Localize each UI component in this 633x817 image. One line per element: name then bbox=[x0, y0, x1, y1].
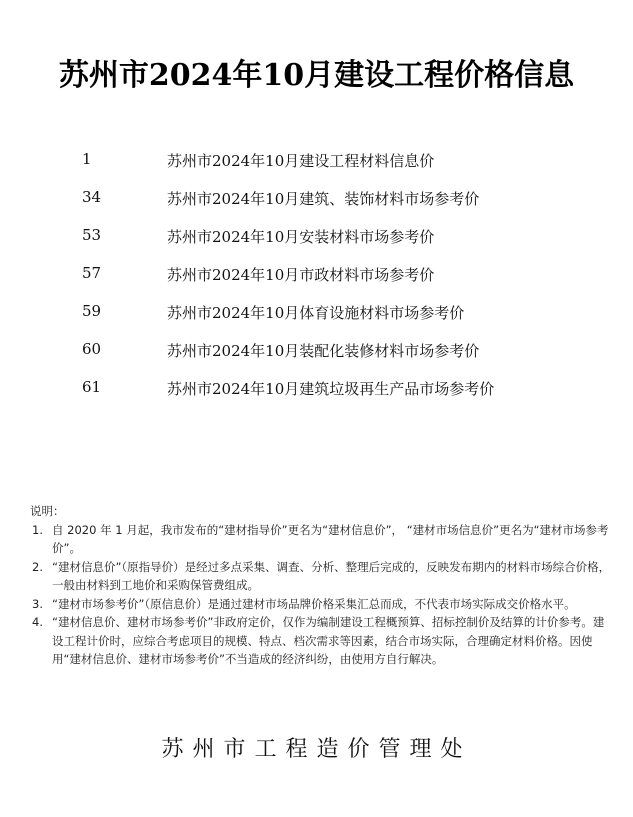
toc-page-number: 61 bbox=[82, 378, 101, 396]
toc-entry: 59 苏州市2024年10月体育设施材料市场参考价 bbox=[0, 302, 633, 326]
toc-entry: 60 苏州市2024年10月装配化装修材料市场参考价 bbox=[0, 340, 633, 364]
note-number: 4. bbox=[32, 613, 43, 632]
note-text: “建材市场参考价”（原信息价）是通过建材市场品牌价格采集汇总而成，不代表市场实际… bbox=[52, 597, 576, 611]
toc-entry: 53 苏州市2024年10月安装材料市场参考价 bbox=[0, 226, 633, 250]
note-text: 自 2020 年 1 月起，我市发布的“建材指导价”更名为“建材信息价”， “建… bbox=[52, 523, 609, 556]
note-item: 2. “建材信息价”（原指导价）是经过多点采集、调查、分析、整理后完成的，反映发… bbox=[30, 558, 615, 595]
note-text: “建材信息价”（原指导价）是经过多点采集、调查、分析、整理后完成的，反映发布期内… bbox=[52, 560, 610, 593]
toc-label: 苏州市2024年10月安装材料市场参考价 bbox=[167, 226, 434, 247]
note-item: 1. 自 2020 年 1 月起，我市发布的“建材指导价”更名为“建材信息价”，… bbox=[30, 521, 615, 558]
notes-heading: 说明： bbox=[30, 502, 615, 521]
toc-entry: 61 苏州市2024年10月建筑垃圾再生产品市场参考价 bbox=[0, 378, 633, 402]
toc-page-number: 59 bbox=[82, 302, 101, 320]
toc-entry: 57 苏州市2024年10月市政材料市场参考价 bbox=[0, 264, 633, 288]
toc-label: 苏州市2024年10月市政材料市场参考价 bbox=[167, 264, 434, 285]
toc-label: 苏州市2024年10月体育设施材料市场参考价 bbox=[167, 302, 464, 323]
toc-page-number: 60 bbox=[82, 340, 101, 358]
toc-page-number: 1 bbox=[82, 150, 92, 168]
note-number: 2. bbox=[32, 558, 43, 577]
toc-entry: 34 苏州市2024年10月建筑、装饰材料市场参考价 bbox=[0, 188, 633, 212]
toc-label: 苏州市2024年10月装配化装修材料市场参考价 bbox=[167, 340, 479, 361]
toc-page-number: 53 bbox=[82, 226, 101, 244]
toc-label: 苏州市2024年10月建筑、装饰材料市场参考价 bbox=[167, 188, 479, 209]
note-item: 3. “建材市场参考价”（原信息价）是通过建材市场品牌价格采集汇总而成，不代表市… bbox=[30, 595, 615, 614]
issuing-authority: 苏州市工程造价管理处 bbox=[0, 732, 633, 763]
toc-label: 苏州市2024年10月建设工程材料信息价 bbox=[167, 150, 434, 171]
document-title: 苏州市2024年10月建设工程价格信息 bbox=[0, 50, 633, 94]
toc-page-number: 57 bbox=[82, 264, 101, 282]
note-number: 3. bbox=[32, 595, 43, 614]
notes-section: 说明： 1. 自 2020 年 1 月起，我市发布的“建材指导价”更名为“建材信… bbox=[30, 502, 615, 669]
note-text: “建材信息价、建材市场参考价”非政府定价，仅作为编制建设工程概预算、招标控制价及… bbox=[52, 615, 604, 666]
toc-page-number: 34 bbox=[82, 188, 101, 206]
toc-label: 苏州市2024年10月建筑垃圾再生产品市场参考价 bbox=[167, 378, 494, 399]
note-item: 4. “建材信息价、建材市场参考价”非政府定价，仅作为编制建设工程概预算、招标控… bbox=[30, 613, 615, 669]
note-number: 1. bbox=[32, 521, 43, 540]
toc-entry: 1 苏州市2024年10月建设工程材料信息价 bbox=[0, 150, 633, 174]
